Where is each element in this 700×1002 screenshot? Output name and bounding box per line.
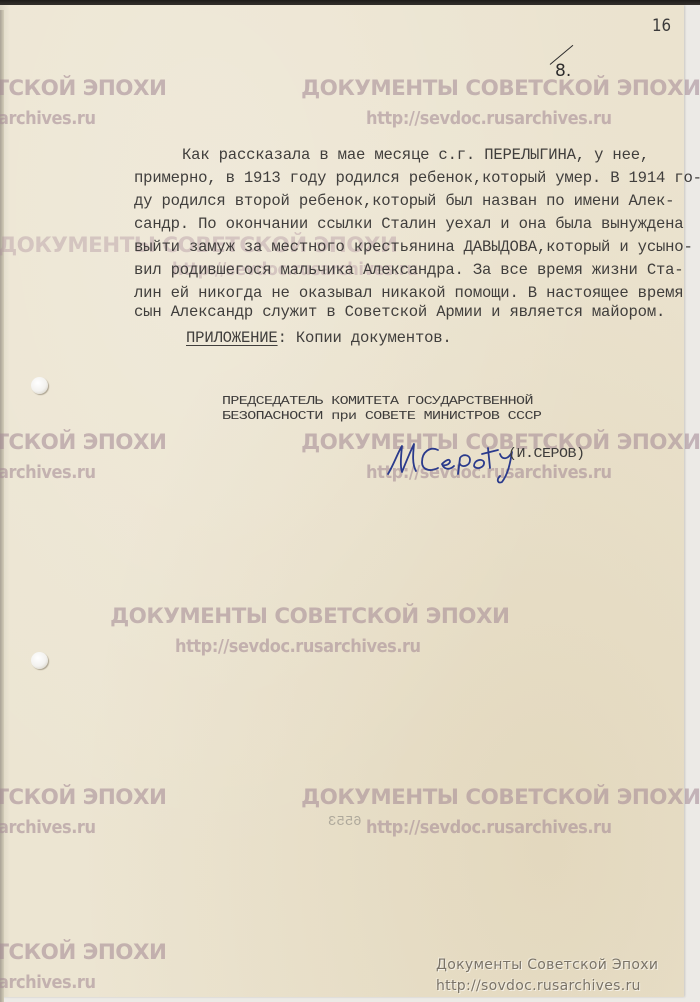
body-line: сын Александр служит в Советской Армии и… xyxy=(134,303,665,321)
signatory-name: (И.СЕРОВ) xyxy=(508,446,585,461)
body-line: ду родился второй ребенок,который был на… xyxy=(134,192,674,210)
watermark-title-center: ДОКУМЕНТЫ СОВЕТСКОЙ ЭПОХИ xyxy=(110,604,509,628)
watermark-url-3: http://sevdoc.rusarchives.ru xyxy=(366,817,612,838)
body-line: лин ей никогда не оказывал никакой помощ… xyxy=(134,284,683,302)
archive-footer-url: http://sovdoc.rusarchives.ru xyxy=(436,978,641,994)
watermark-url-left-2: archives.ru xyxy=(0,462,96,483)
handwritten-signature xyxy=(384,438,520,486)
appendix-line: ПРИЛОЖЕНИЕ: Копии документов. xyxy=(186,329,452,347)
body-line: вил родившегося мальчика Александра. За … xyxy=(134,261,683,279)
punch-hole-top xyxy=(31,377,48,394)
watermark-url-left-3: archives.ru xyxy=(0,817,96,838)
body-line: Как рассказала в мае месяце с.г. ПЕРЕЛЫГ… xyxy=(182,146,649,164)
watermark-url-left: archives.ru xyxy=(0,108,96,129)
bleed-through-number: 6553 xyxy=(328,814,362,830)
watermark-url-left-4: archives.ru xyxy=(0,972,96,993)
archive-footer-title: Документы Советской Эпохи xyxy=(436,957,658,973)
scan-right-margin xyxy=(684,5,700,1002)
appendix-label: ПРИЛОЖЕНИЕ xyxy=(186,329,278,347)
appendix-text: : Копии документов. xyxy=(278,329,452,347)
signatory-title-line-2: БЕЗОПАСНОСТИ при СОВЕТЕ МИНИСТРОВ СССР xyxy=(222,409,541,423)
watermark-title-left-3: ТСКОЙ ЭПОХИ xyxy=(0,785,166,809)
watermark-title-3: ДОКУМЕНТЫ СОВЕТСКОЙ ЭПОХИ xyxy=(301,785,700,809)
page-number: 8. xyxy=(555,61,571,81)
watermark-title-left-2: ТСКОЙ ЭПОХИ xyxy=(0,430,166,454)
punch-hole-bottom xyxy=(31,652,48,669)
body-line: примерно, в 1913 году родился ребенок,ко… xyxy=(134,169,700,187)
scan-bottom-margin xyxy=(0,997,700,1002)
watermark-url-center: http://sevdoc.rusarchives.ru xyxy=(175,636,421,657)
watermark-title-left: ТСКОЙ ЭПОХИ xyxy=(0,76,166,100)
body-line: сандр. По окончании ссылки Сталин уехал … xyxy=(134,215,683,233)
folio-number: 16 xyxy=(652,15,671,36)
signatory-title-line-1: ПРЕДСЕДАТЕЛЬ КОМИТЕТА ГОСУДАРСТВЕННОЙ xyxy=(222,394,533,408)
body-line: выйти замуж за местного крестьянина ДАВЫ… xyxy=(134,238,693,256)
watermark-url: http://sevdoc.rusarchives.ru xyxy=(366,108,612,129)
sheet-left-edge xyxy=(0,10,4,1002)
watermark-title-left-4: ТСКОЙ ЭПОХИ xyxy=(0,940,166,964)
watermark-title: ДОКУМЕНТЫ СОВЕТСКОЙ ЭПОХИ xyxy=(301,76,700,100)
